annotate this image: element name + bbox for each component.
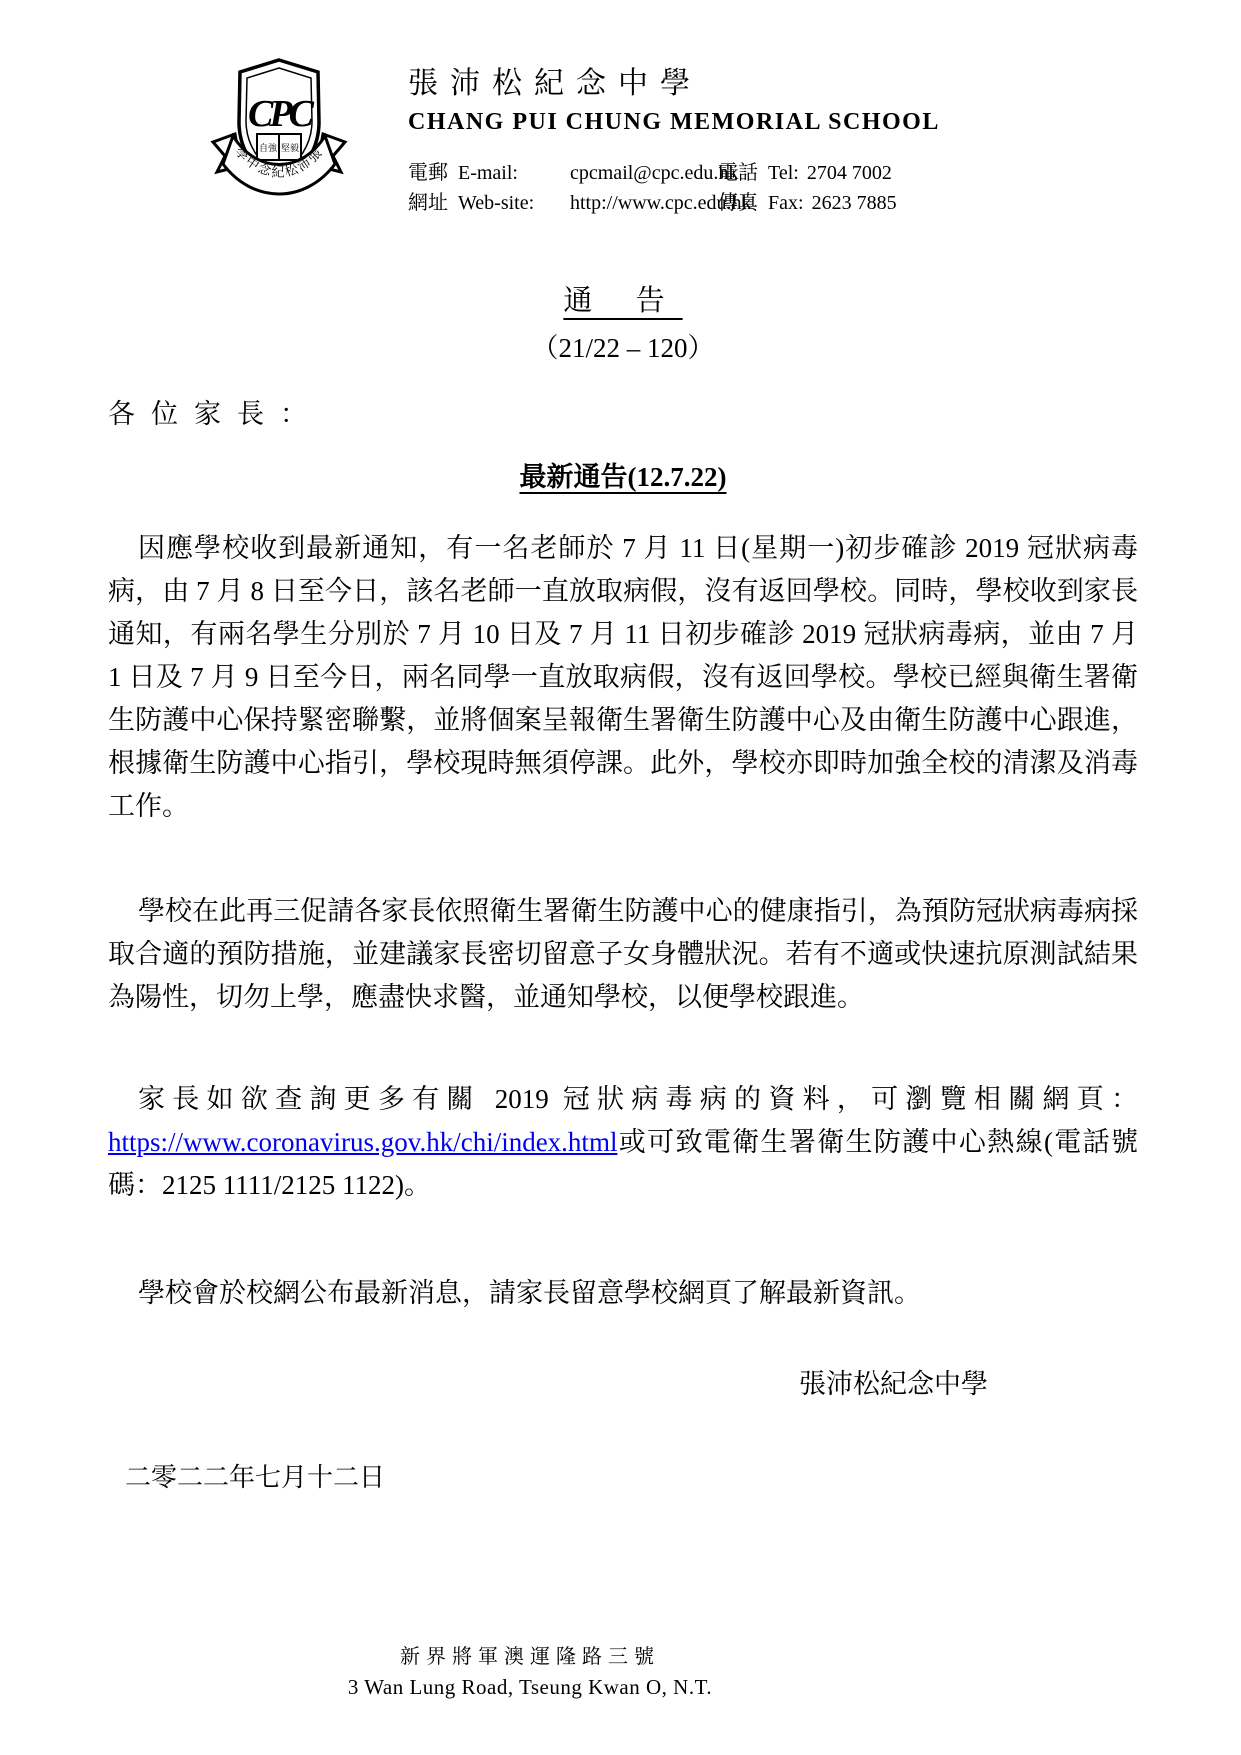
school-name-chinese: 張沛松紀念中學 [408,58,940,102]
notice-ref-number: （21/22 – 120） [108,326,1138,365]
website-row: 網址Web-site:http://www.cpc.edu.hk [408,188,751,218]
website-label-en: Web-site: [458,188,570,218]
tel-row: 電話Tel:2704 7002 [718,158,897,188]
coronavirus-info-link[interactable]: https://www.coronavirus.gov.hk/chi/index… [108,1127,617,1157]
contact-left-column: 電郵E-mail:cpcmail@cpc.edu.hk 網址Web-site:h… [408,158,751,218]
fax-row: 傳真Fax:2623 7885 [718,188,897,218]
fax-value: 2623 7885 [812,192,897,214]
salutation: 各位家長： [108,392,323,431]
address-chinese: 新界將軍澳運隆路三號 [0,1640,1060,1669]
school-name-english: CHANG PUI CHUNG MEMORIAL SCHOOL [408,109,940,136]
website-label-zh: 網址 [408,188,448,218]
fax-label-zh: 傳真 [718,188,758,218]
crest-monogram: CPC [248,93,315,135]
paragraph-link-intro: 家長如欲查詢更多有關 2019 冠狀病毒病的資料，可瀏覽相關網頁： [138,1084,1138,1114]
crest-book-left-text: 自強 [259,142,278,153]
email-value: cpcmail@cpc.edu.hk [570,162,738,184]
footer-address-block: 新界將軍澳運隆路三號 3 Wan Lung Road, Tseung Kwan … [0,1640,1060,1700]
school-name-block: 張沛松紀念中學 CHANG PUI CHUNG MEMORIAL SCHOOL [408,58,940,136]
notice-heading-row: 最新通告(12.7.22) [108,455,1138,494]
notice-title-row: 通 告 [108,278,1138,319]
email-label-en: E-mail: [458,158,570,188]
signature: 張沛松紀念中學 [108,1362,1138,1401]
address-english: 3 Wan Lung Road, Tseung Kwan O, N.T. [0,1675,1060,1700]
paragraph-info-resources: 家長如欲查詢更多有關 2019 冠狀病毒病的資料，可瀏覽相關網頁：https:/… [108,1078,1138,1207]
contact-right-column: 電話Tel:2704 7002 傳真Fax:2623 7885 [718,158,897,218]
crest-book-right-text: 堅毅 [281,142,299,153]
notice-title: 通 告 [563,285,682,317]
email-label-zh: 電郵 [408,158,448,188]
paragraph-outbreak-report: 因應學校收到最新通知，有一名老師於 7 月 11 日(星期一)初步確診 2019… [108,527,1138,828]
paragraph-website-updates: 學校會於校網公布最新消息，請家長留意學校網頁了解最新資訊。 [108,1272,1138,1315]
notice-page: CPC 自強 堅毅 學中念紀松沛張 張沛松紀念中學 CHANG PUI CHUN… [0,0,1241,1755]
school-crest-icon: CPC 自強 堅毅 學中念紀松沛張 [206,54,352,216]
notice-heading: 最新通告(12.7.22) [520,462,727,492]
tel-label-en: Tel: [768,158,799,188]
notice-date: 二零二二年七月十二日 [125,1457,385,1494]
fax-label-en: Fax: [768,188,804,218]
tel-value: 2704 7002 [807,162,892,184]
paragraph-health-advice: 學校在此再三促請各家長依照衛生署衛生防護中心的健康指引，為預防冠狀病毒病採取合適… [108,890,1138,1019]
tel-label-zh: 電話 [718,158,758,188]
email-row: 電郵E-mail:cpcmail@cpc.edu.hk [408,158,751,188]
